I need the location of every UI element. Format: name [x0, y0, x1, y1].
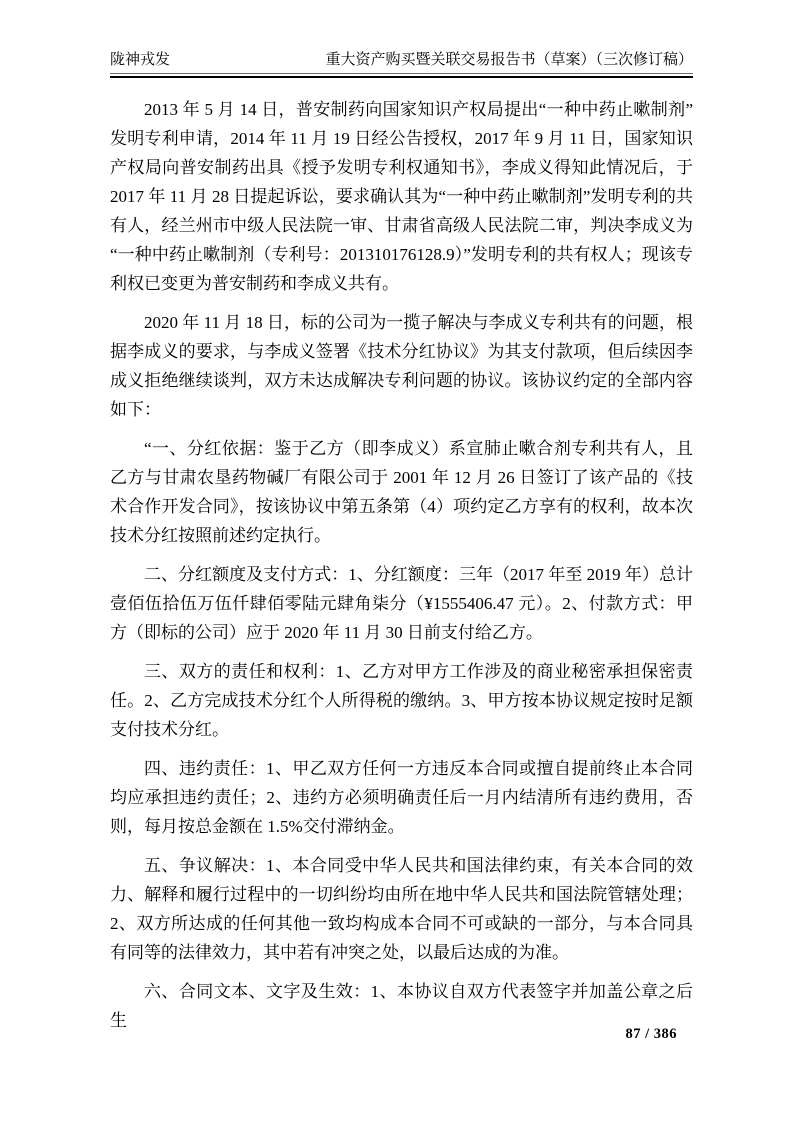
paragraph-agreement-background: 2020 年 11 月 18 日，标的公司为一揽子解决与李成义专利共有的问题，根…: [110, 308, 693, 424]
header-rule: [110, 73, 693, 78]
page-header: 陇神戎发 重大资产购买暨关联交易报告书（草案）（三次修订稿）: [110, 50, 693, 71]
paragraph-clause-4-breach-liability: 四、违约责任：1、甲乙双方任何一方违反本合同或擅自提前终止本合同均应承担违约责任…: [110, 754, 693, 841]
header-company-name: 陇神戎发: [110, 50, 170, 71]
document-page: 陇神戎发 重大资产购买暨关联交易报告书（草案）（三次修订稿） 2013 年 5 …: [0, 0, 793, 1122]
paragraph-patent-history: 2013 年 5 月 14 日，普安制药向国家知识产权局提出“一种中药止嗽制剂”…: [110, 95, 693, 298]
paragraph-clause-2-amount-payment: 二、分红额度及支付方式：1、分红额度：三年（2017 年至 2019 年）总计壹…: [110, 560, 693, 647]
document-body: 2013 年 5 月 14 日，普安制药向国家知识产权局提出“一种中药止嗽制剂”…: [110, 95, 693, 1045]
paragraph-clause-1-dividend-basis: “一、分红依据：鉴于乙方（即李成义）系宣肺止嗽合剂专利共有人，且乙方与甘肃农垦药…: [110, 434, 693, 550]
page-footer: 87 / 386: [110, 1026, 693, 1043]
paragraph-clause-3-responsibilities: 三、双方的责任和权利：1、乙方对甲方工作涉及的商业秘密承担保密责任。2、乙方完成…: [110, 657, 693, 744]
header-report-title: 重大资产购买暨关联交易报告书（草案）（三次修订稿）: [325, 50, 693, 71]
page-number: 87 / 386: [625, 1026, 677, 1042]
paragraph-clause-5-dispute-resolution: 五、争议解决：1、本合同受中华人民共和国法律约束，有关本合同的效力、解释和履行过…: [110, 851, 693, 967]
